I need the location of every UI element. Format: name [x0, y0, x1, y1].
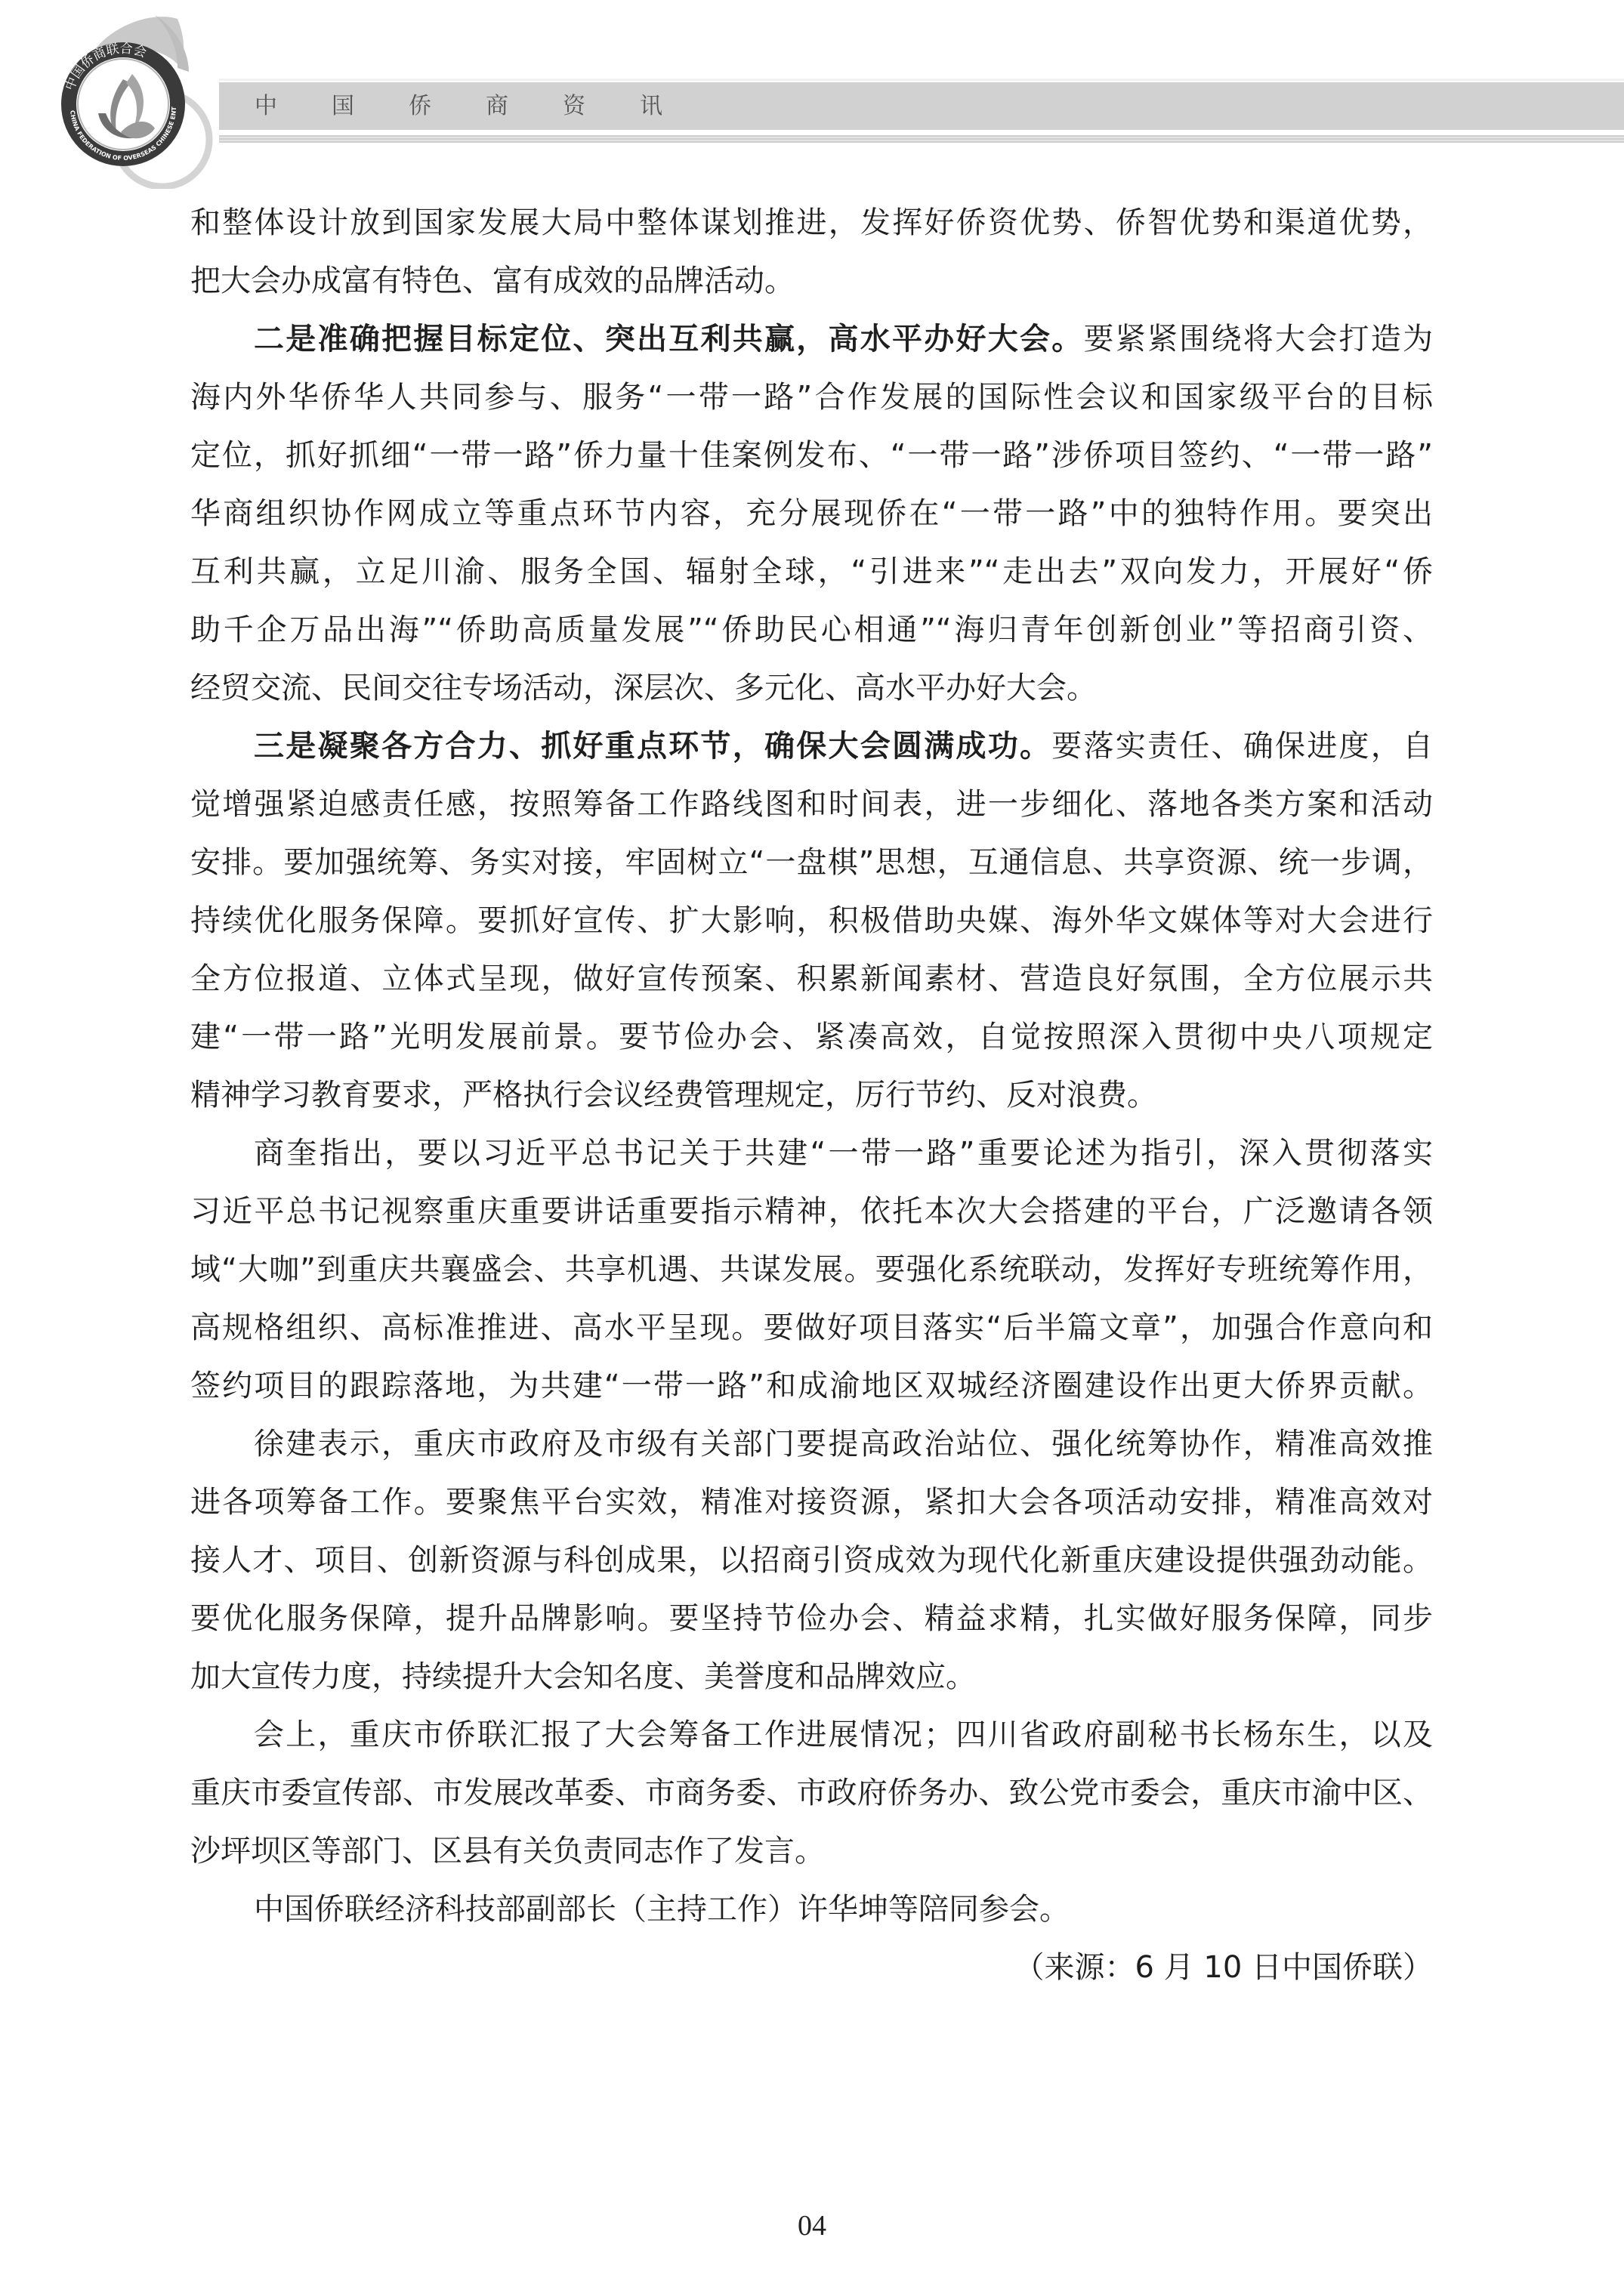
title-char: 国 [332, 88, 409, 125]
text-line: 接人才、项目、创新资源与科创成果，以招商引资成效为现代化新重庆建设提供强劲动能。 [190, 1542, 1433, 1600]
text-line: 建“一带一路”光明发展前景。要节俭办会、紧凑高效，自觉按照深入贯彻中央八项规定 [190, 1018, 1433, 1076]
title-char: 商 [486, 88, 563, 125]
text-line: 域“大咖”到重庆共襄盛会、共享机遇、共谋发展。要强化系统联动，发挥好专班统筹作用… [190, 1251, 1433, 1309]
line-text: 全方位报道、立体式呈现，做好宣传预案、积累新闻素材、营造良好氛围，全方位展示共 [190, 961, 1433, 996]
text-line: 高规格组织、高标准推进、高水平呈现。要做好项目落实“后半篇文章”，加强合作意向和 [190, 1309, 1433, 1367]
line-text: 定位，抓好抓细“一带一路”侨力量十佳案例发布、“一带一路”涉侨项目签约、“一带一… [190, 438, 1433, 473]
line-text: 进各项筹备工作。要聚焦平台实效，精准对接资源，紧扣大会各项活动安排，精准高效对 [190, 1485, 1433, 1520]
line-text: 域“大咖”到重庆共襄盛会、共享机遇、共谋发展。要强化系统联动，发挥好专班统筹作用… [190, 1252, 1433, 1287]
text-line: 助千企万品出海”“侨助高质量发展”“侨助民心相通”“海归青年创新创业”等招商引资… [190, 611, 1433, 669]
text-line: 互利共赢，立足川渝、服务全国、辐射全球，“引进来”“走出去”双向发力，开展好“侨 [190, 553, 1433, 611]
text-line: 定位，抓好抓细“一带一路”侨力量十佳案例发布、“一带一路”涉侨项目签约、“一带一… [190, 437, 1433, 495]
text-line: 三是凝聚各方合力、抓好重点环节，确保大会圆满成功。要落实责任、确保进度，自 [190, 727, 1433, 785]
title-char: 讯 [640, 88, 717, 125]
line-text: 徐建表示，重庆市政府及市级有关部门要提高政治站位、强化统筹协作，精准高效推 [254, 1427, 1433, 1461]
line-text: 经贸交流、民间交往专场活动，深层次、多元化、高水平办好大会。 [190, 671, 1097, 705]
text-line: 华商组织协作网成立等重点环节内容，充分展现侨在“一带一路”中的独特作用。要突出 [190, 495, 1433, 553]
text-line: 把大会办成富有特色、富有成效的品牌活动。 [190, 262, 1433, 320]
text-line: 会上，重庆市侨联汇报了大会筹备工作进展情况；四川省政府副秘书长杨东生，以及 [190, 1716, 1433, 1774]
text-line: 和整体设计放到国家发展大局中整体谋划推进，发挥好侨资优势、侨智优势和渠道优势， [190, 204, 1433, 262]
line-text: 要落实责任、确保进度，自 [1051, 729, 1433, 764]
line-text: 持续优化服务保障。要抓好宣传、扩大影响，积极借助央媒、海外华文媒体等对大会进行 [190, 903, 1433, 938]
text-line: 经贸交流、民间交往专场活动，深层次、多元化、高水平办好大会。 [190, 669, 1433, 727]
text-line: 安排。要加强统筹、务实对接，牢固树立“一盘棋”思想，互通信息、共享资源、统一步调… [190, 844, 1433, 902]
line-text: 习近平总书记视察重庆重要讲话重要指示精神，依托本次大会搭建的平台，广泛邀请各领 [190, 1194, 1433, 1229]
section-lead: 二是准确把握目标定位、突出互利共赢，高水平办好大会。 [254, 322, 1084, 356]
line-text: 互利共赢，立足川渝、服务全国、辐射全球，“引进来”“走出去”双向发力，开展好“侨 [190, 554, 1433, 589]
line-text: 助千企万品出海”“侨助高质量发展”“侨助民心相通”“海归青年创新创业”等招商引资… [190, 613, 1433, 647]
text-line: 中国侨联经济科技部副部长（主持工作）许华坤等陪同参会。 [190, 1890, 1433, 1949]
line-text: 安排。要加强统筹、务实对接，牢固树立“一盘棋”思想，互通信息、共享资源、统一步调… [190, 845, 1433, 880]
section-lead: 三是凝聚各方合力、抓好重点环节，确保大会圆满成功。 [254, 729, 1051, 764]
line-text: 接人才、项目、创新资源与科创成果，以招商引资成效为现代化新重庆建设提供强劲动能。 [190, 1543, 1433, 1578]
line-text: 华商组织协作网成立等重点环节内容，充分展现侨在“一带一路”中的独特作用。要突出 [190, 496, 1433, 531]
publication-title: 中 国 侨 商 资 讯 [255, 88, 717, 125]
line-text: 高规格组织、高标准推进、高水平呈现。要做好项目落实“后半篇文章”，加强合作意向和 [190, 1310, 1433, 1345]
text-line: 重庆市委宣传部、市发展改革委、市商务委、市政府侨务办、致公党市委会，重庆市渝中区… [190, 1774, 1433, 1832]
line-text: 重庆市委宣传部、市发展改革委、市商务委、市政府侨务办、致公党市委会，重庆市渝中区… [190, 1776, 1433, 1810]
text-line: 觉增强紧迫感责任感，按照筹备工作路线图和时间表，进一步细化、落地各类方案和活动 [190, 785, 1433, 844]
text-line: 二是准确把握目标定位、突出互利共赢，高水平办好大会。要紧紧围绕将大会打造为 [190, 320, 1433, 378]
line-text: 建“一带一路”光明发展前景。要节俭办会、紧凑高效，自觉按照深入贯彻中央八项规定 [190, 1020, 1433, 1054]
source-citation: （来源：6 月 10 日中国侨联） [190, 1949, 1433, 2007]
text-line: 持续优化服务保障。要抓好宣传、扩大影响，积极借助央媒、海外华文媒体等对大会进行 [190, 902, 1433, 960]
text-line: 商奎指出，要以习近平总书记关于共建“一带一路”重要论述为指引，深入贯彻落实 [190, 1134, 1433, 1193]
header-stripe [219, 135, 1624, 143]
title-char: 侨 [409, 88, 486, 125]
text-line: 习近平总书记视察重庆重要讲话重要指示精神，依托本次大会搭建的平台，广泛邀请各领 [190, 1193, 1433, 1251]
text-line: 徐建表示，重庆市政府及市级有关部门要提高政治站位、强化统筹协作，精准高效推 [190, 1425, 1433, 1483]
line-text: 把大会办成富有特色、富有成效的品牌活动。 [190, 264, 795, 298]
text-line: 精神学习教育要求，严格执行会议经费管理规定，厉行节约、反对浪费。 [190, 1076, 1433, 1134]
line-text: 中国侨联经济科技部副部长（主持工作）许华坤等陪同参会。 [254, 1892, 1070, 1927]
title-char: 资 [563, 88, 640, 125]
line-text: 商奎指出，要以习近平总书记关于共建“一带一路”重要论述为指引，深入贯彻落实 [254, 1136, 1433, 1171]
article-body: 和整体设计放到国家发展大局中整体谋划推进，发挥好侨资优势、侨智优势和渠道优势，把… [190, 204, 1433, 2007]
federation-logo-icon: 中国侨商联合会 CHINA FEDERATION OF OVERSEAS CHI… [42, 8, 230, 189]
line-text: 加大宣传力度，持续提升大会知名度、美誉度和品牌效应。 [190, 1659, 976, 1694]
line-text: 沙坪坝区等部门、区县有关负责同志作了发言。 [190, 1834, 825, 1869]
text-line: 全方位报道、立体式呈现，做好宣传预案、积累新闻素材、营造良好氛围，全方位展示共 [190, 960, 1433, 1018]
text-line: 加大宣传力度，持续提升大会知名度、美誉度和品牌效应。 [190, 1658, 1433, 1716]
line-text: 要优化服务保障，提升品牌影响。要坚持节俭办会、精益求精，扎实做好服务保障，同步 [190, 1601, 1433, 1636]
header-bar-highlight [219, 79, 1624, 81]
text-line: 进各项筹备工作。要聚焦平台实效，精准对接资源，紧扣大会各项活动安排，精准高效对 [190, 1483, 1433, 1542]
line-text: 和整体设计放到国家发展大局中整体谋划推进，发挥好侨资优势、侨智优势和渠道优势， [190, 205, 1433, 240]
text-line: 沙坪坝区等部门、区县有关负责同志作了发言。 [190, 1832, 1433, 1890]
text-line: 签约项目的跟踪落地，为共建“一带一路”和成渝地区双城经济圈建设作出更大侨界贡献。 [190, 1367, 1433, 1425]
text-line: 海内外华侨华人共同参与、服务“一带一路”合作发展的国际性会议和国家级平台的目标 [190, 378, 1433, 437]
title-char: 中 [255, 88, 332, 125]
line-text: 精神学习教育要求，严格执行会议经费管理规定，厉行节约、反对浪费。 [190, 1078, 1157, 1113]
line-text: 要紧紧围绕将大会打造为 [1084, 322, 1434, 356]
line-text: 会上，重庆市侨联汇报了大会筹备工作进展情况；四川省政府副秘书长杨东生，以及 [254, 1717, 1433, 1752]
page-number: 04 [0, 2209, 1624, 2242]
line-text: 觉增强紧迫感责任感，按照筹备工作路线图和时间表，进一步细化、落地各类方案和活动 [190, 787, 1433, 822]
line-text: 海内外华侨华人共同参与、服务“一带一路”合作发展的国际性会议和国家级平台的目标 [190, 380, 1433, 415]
text-line: 要优化服务保障，提升品牌影响。要坚持节俭办会、精益求精，扎实做好服务保障，同步 [190, 1600, 1433, 1658]
line-text: 签约项目的跟踪落地，为共建“一带一路”和成渝地区双城经济圈建设作出更大侨界贡献。 [190, 1369, 1433, 1403]
